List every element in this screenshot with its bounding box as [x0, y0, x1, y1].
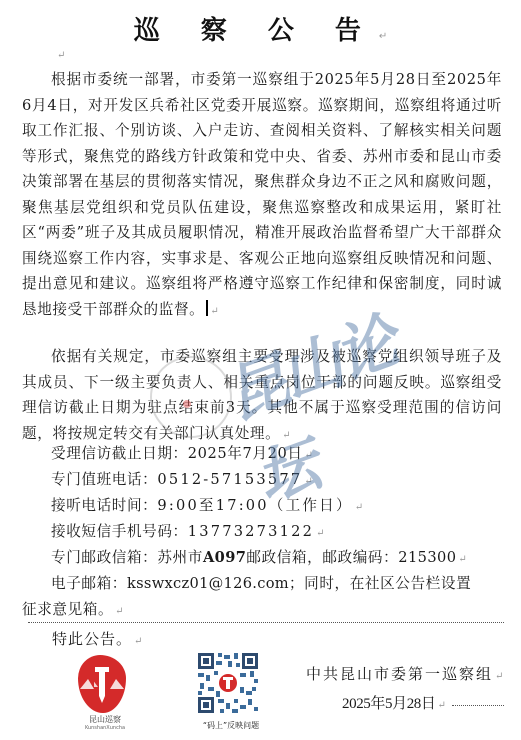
text-cursor: [206, 300, 208, 316]
info-suffix: ；同时，在社区公告栏设置: [289, 575, 471, 592]
title-text: 巡 察 公 告: [134, 16, 377, 46]
info-value: 13773273122: [188, 523, 314, 540]
paragraph-mark-icon: ↵: [355, 502, 363, 513]
date-text: 2025年5月28日: [342, 696, 436, 712]
info-postal-box: 专门邮政信箱：苏州市A097邮政信箱，邮政编码：215300↵: [51, 545, 467, 572]
paragraph-inspection-scope: 根据市委统一部署，市委第一巡察组于2025年5月28日至2025年6月4日，对开…: [22, 67, 502, 324]
logo-name-en: KunshanXuncha: [70, 725, 140, 731]
signature-organization: 中共昆山市委第一巡察组↵: [306, 663, 503, 688]
kunshan-xuncha-logo: 昆山巡察 KunshanXuncha: [70, 655, 140, 735]
info-continuation: 征求意见箱。: [22, 601, 113, 618]
paragraph-text: 根据市委统一部署，市委第一巡察组于2025年5月28日至2025年6月4日，对开…: [22, 71, 502, 318]
info-label: 接听电话时间：: [51, 497, 157, 514]
paragraph-mark-icon: ↵: [305, 450, 313, 461]
dotted-divider: [28, 622, 504, 623]
qr-code-block[interactable]: “码上”反映问题: [192, 651, 272, 740]
paragraph-mark-icon: ↵: [304, 476, 312, 487]
page-title: 巡 察 公 告↵: [0, 10, 521, 47]
paragraph-mark-icon: ↵: [495, 671, 503, 682]
info-call-hours: 接听电话时间：9:00至17:00（工作日）↵: [51, 493, 363, 520]
paragraph-mark-icon: ↵: [438, 700, 446, 711]
info-deadline: 受理信访截止日期：2025年7月20日↵: [51, 441, 313, 468]
info-value: 0512-57153577: [157, 471, 302, 488]
info-label: 电子邮箱：: [51, 575, 127, 592]
qr-caption: “码上”反映问题: [186, 720, 276, 731]
info-email-continuation: 征求意见箱。↵: [22, 597, 124, 624]
signature-date: 2025年5月28日↵: [342, 693, 504, 717]
paragraph-text: 依据有关规定，市委巡察组主要受理涉及被巡察党组织领导班子及其成员、下一级主要负责…: [22, 348, 502, 442]
paragraph-mark-icon: ↵: [282, 430, 290, 441]
scale-pans-icon: [80, 677, 124, 691]
postcode: 215300: [398, 549, 456, 566]
info-label: 专门值班电话：: [51, 471, 157, 488]
email-link[interactable]: ksswxcz01@126.com: [127, 575, 289, 592]
paragraph-mark-icon: ↵: [316, 528, 324, 539]
info-value: A097: [203, 549, 246, 566]
info-value: 9:00至17:00（工作日）: [157, 497, 352, 514]
info-suffix: 邮政信箱，邮政编码：: [246, 549, 398, 566]
paragraph-mark-icon: ↵: [379, 31, 387, 42]
info-hotline: 专门值班电话：0512-57153577↵: [51, 467, 313, 494]
info-prefix: 苏州市: [157, 549, 203, 566]
organization-name: 中共昆山市委第一巡察组: [306, 665, 493, 683]
paragraph-mark-icon: ↵: [210, 306, 218, 317]
info-label: 专门邮政信箱：: [51, 549, 157, 566]
info-value: 2025年7月20日: [188, 445, 303, 462]
dotted-leader: [452, 705, 504, 706]
closing-statement: 特此公告。↵: [52, 627, 142, 654]
logo-name: 昆山巡察: [70, 715, 140, 725]
paragraph-mark-icon: ↵: [458, 554, 466, 565]
announcement-page: 巡 察 公 告↵ ↵ 根据市委统一部署，市委第一巡察组于2025年5月28日至2…: [0, 0, 521, 740]
paragraph-mark-icon: ↵: [115, 606, 123, 617]
info-label: 接收短信手机号码：: [51, 523, 188, 540]
paragraph-mark-icon: ↵: [134, 636, 142, 647]
closing-text: 特此公告。: [52, 630, 132, 648]
info-email: 电子邮箱：ksswxcz01@126.com；同时，在社区公告栏设置: [51, 571, 504, 596]
qr-code-icon[interactable]: [196, 651, 260, 715]
info-sms-number: 接收短信手机号码：13773273122↵: [51, 519, 324, 546]
paragraph-petition-rules: 依据有关规定，市委巡察组主要受理涉及被巡察党组织领导班子及其成员、下一级主要负责…: [22, 344, 502, 448]
paragraph-mark-icon: ↵: [57, 50, 65, 61]
info-label: 受理信访截止日期：: [51, 445, 188, 462]
